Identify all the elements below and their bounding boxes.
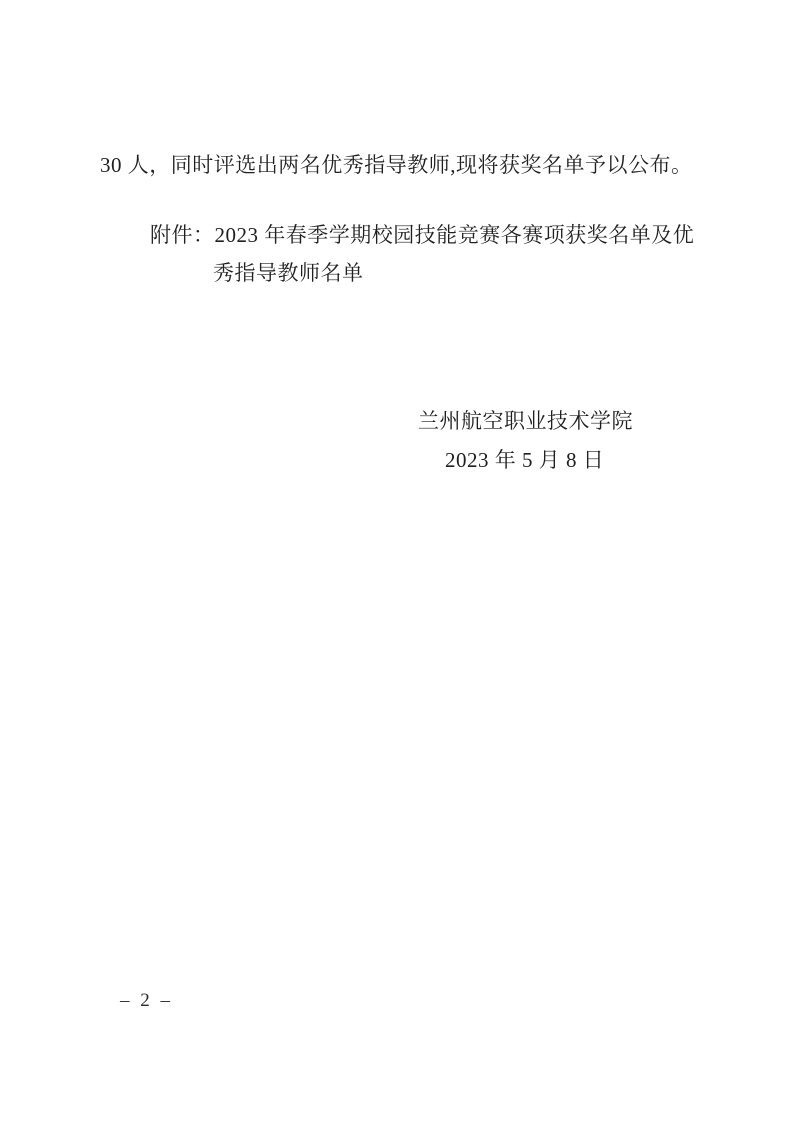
attachment-line-2: 秀指导教师名单: [213, 254, 794, 292]
attachment-line-1: 附件：2023 年春季学期校园技能竞赛各赛项获奖名单及优: [150, 216, 794, 254]
signature-date: 2023 年 5 月 8 日: [445, 441, 604, 479]
document-page: 30 人，同时评选出两名优秀指导教师,现将获奖名单予以公布。 附件：2023 年…: [0, 0, 794, 1123]
attachment-block: 附件：2023 年春季学期校园技能竞赛各赛项获奖名单及优 秀指导教师名单: [0, 216, 794, 292]
page-number: – 2 –: [120, 990, 173, 1012]
signature-organization: 兰州航空职业技术学院: [418, 402, 633, 440]
paragraph-conclusion: 30 人，同时评选出两名优秀指导教师,现将获奖名单予以公布。: [100, 146, 693, 184]
